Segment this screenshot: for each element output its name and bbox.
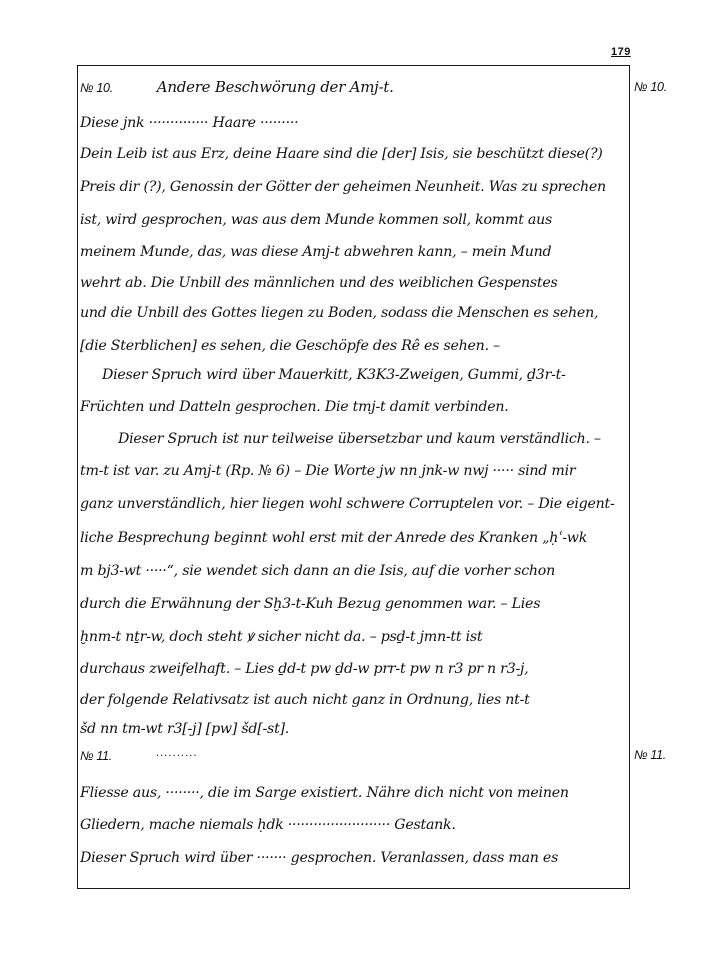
text-line: durch die Erwähnung der Sḫ3-t-Kuh Bezug … bbox=[80, 597, 540, 611]
text-line: Dieser Spruch wird über Mauerkitt, K3K3-… bbox=[102, 368, 566, 382]
section-10-title: Andere Beschwörung der Amj-t. bbox=[157, 80, 394, 95]
text-line: wehrt ab. Die Unbill des männlichen und … bbox=[80, 276, 558, 290]
text-line: ist, wird gesprochen, was aus dem Munde … bbox=[80, 213, 552, 227]
text-line: der folgende Relativsatz ist auch nicht … bbox=[80, 693, 530, 707]
text-line: Preis dir (?), Genossin der Götter der g… bbox=[80, 180, 606, 194]
text-line: m bj3-wt ·····“, sie wendet sich dann an… bbox=[80, 564, 555, 578]
margin-note-no-10: № 10. bbox=[634, 80, 667, 94]
text-line: Früchten und Datteln gesprochen. Die tmj… bbox=[80, 400, 509, 414]
page-number: 179 bbox=[611, 46, 631, 58]
text-line: Fliesse aus, ········, die im Sarge exis… bbox=[80, 786, 569, 800]
text-line: [die Sterblichen] es sehen, die Geschöpf… bbox=[80, 339, 500, 353]
margin-note-no-11: № 11. bbox=[634, 748, 666, 762]
text-line: meinem Munde, das, was diese Amj-t abweh… bbox=[80, 245, 551, 259]
text-line: Gliedern, mache niemals ḥdk ············… bbox=[80, 818, 456, 832]
text-line: und die Unbill des Gottes liegen zu Bode… bbox=[80, 306, 598, 320]
text-line: Diese jnk ·············· Haare ········· bbox=[80, 116, 298, 130]
text-line: Dein Leib ist aus Erz, deine Haare sind … bbox=[80, 147, 603, 161]
text-line: ḫnm-t nṯr-w, doch steht ꝟ sicher nicht d… bbox=[80, 630, 482, 644]
text-line: tm-t ist var. zu Amj-t (Rp. № 6) – Die W… bbox=[80, 464, 575, 478]
text-line: Dieser Spruch wird über ······· gesproch… bbox=[80, 851, 558, 865]
section-10-heading: № 10. Andere Beschwörung der Amj-t. bbox=[80, 80, 394, 95]
section-11-title-dots: ·········· bbox=[156, 752, 198, 762]
text-line: Dieser Spruch ist nur teilweise übersetz… bbox=[118, 432, 601, 446]
text-line: liche Besprechung beginnt wohl erst mit … bbox=[80, 531, 587, 545]
text-line: ganz unverständlich, hier liegen wohl sc… bbox=[80, 497, 615, 511]
section-11-heading: № 11. ·········· bbox=[80, 750, 198, 763]
text-line: durchaus zweifelhaft. – Lies ḏd-t pw ḏd-… bbox=[80, 662, 528, 676]
section-10-label: № 10. bbox=[80, 81, 113, 95]
section-11-label: № 11. bbox=[80, 749, 112, 763]
text-line: šd nn tm-wt r3[-j] [pw] šd[-st]. bbox=[80, 722, 289, 736]
